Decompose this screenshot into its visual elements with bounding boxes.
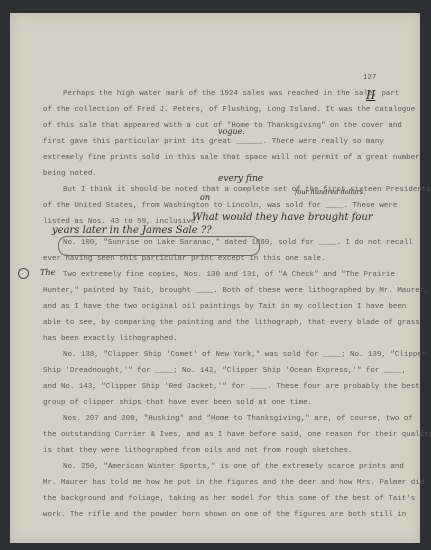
text-line: Perhaps the high water mark of the 1924 …: [63, 90, 399, 98]
handwritten-four-hundred-dollars: four hundred dollars.: [295, 188, 365, 196]
text-line: able to see, by comparing the painting a…: [43, 319, 420, 327]
text-line: of the United States, from Washington to…: [43, 202, 397, 210]
text-line: first gave this particular print its gre…: [43, 138, 384, 146]
text-line: and No. 143, "Clipper Ship 'Red Jacket,'…: [43, 383, 420, 391]
handwritten-vogue: vogue.: [218, 127, 245, 136]
handwritten-every-fine: every fine: [218, 174, 263, 184]
handwritten-the-prefix: The: [40, 268, 55, 277]
text-line: ever having seen this particular print e…: [43, 255, 326, 263]
handwritten-question-line1: What would they have brought four: [192, 212, 373, 223]
text-line: No. 250, "American Winter Sports," is on…: [63, 463, 404, 471]
text-line: Hunter," painted by Tait, brought ____. …: [43, 287, 429, 295]
text-line: work. The rifle and the powder horn show…: [43, 511, 406, 519]
text-line: Two extremely fine copies, Nos. 130 and …: [63, 271, 395, 279]
text-line: Mr. Maurer has told me how he put in the…: [43, 479, 424, 487]
handwritten-on: on: [200, 193, 210, 202]
text-line: Nos. 207 and 208, "Husking" and "Home to…: [63, 415, 413, 423]
text-line: extremely fine prints sold in this sale …: [43, 154, 420, 162]
text-line: No. 138, "Clipper Ship 'Comet' of New Yo…: [63, 351, 426, 359]
text-line: and as I have the two original oil paint…: [43, 303, 406, 311]
margin-circle-icon: [18, 268, 29, 279]
handwritten-part-numeral: II: [366, 88, 375, 102]
handwritten-question-line2: years later in the James Sale ??: [52, 225, 212, 236]
handwritten-circle: [58, 236, 260, 256]
text-line: being noted.: [43, 170, 97, 178]
text-line: Ship 'Dreadnought,'" for ____; No. 142, …: [43, 367, 406, 375]
text-line: the background and foliage, taking as he…: [43, 495, 415, 503]
text-line: group of clipper ships that have ever be…: [43, 399, 312, 407]
text-line: the outstanding Currier & Ives, and as I…: [43, 431, 431, 439]
text-line: is that they were lithographed from oils…: [43, 447, 352, 455]
text-line: has been exactly lithographed.: [43, 335, 178, 343]
text-line: But I think it should be noted that a co…: [63, 186, 431, 194]
page-number: 127: [363, 74, 376, 82]
text-line: of the collection of Fred J. Peters, of …: [43, 106, 415, 114]
